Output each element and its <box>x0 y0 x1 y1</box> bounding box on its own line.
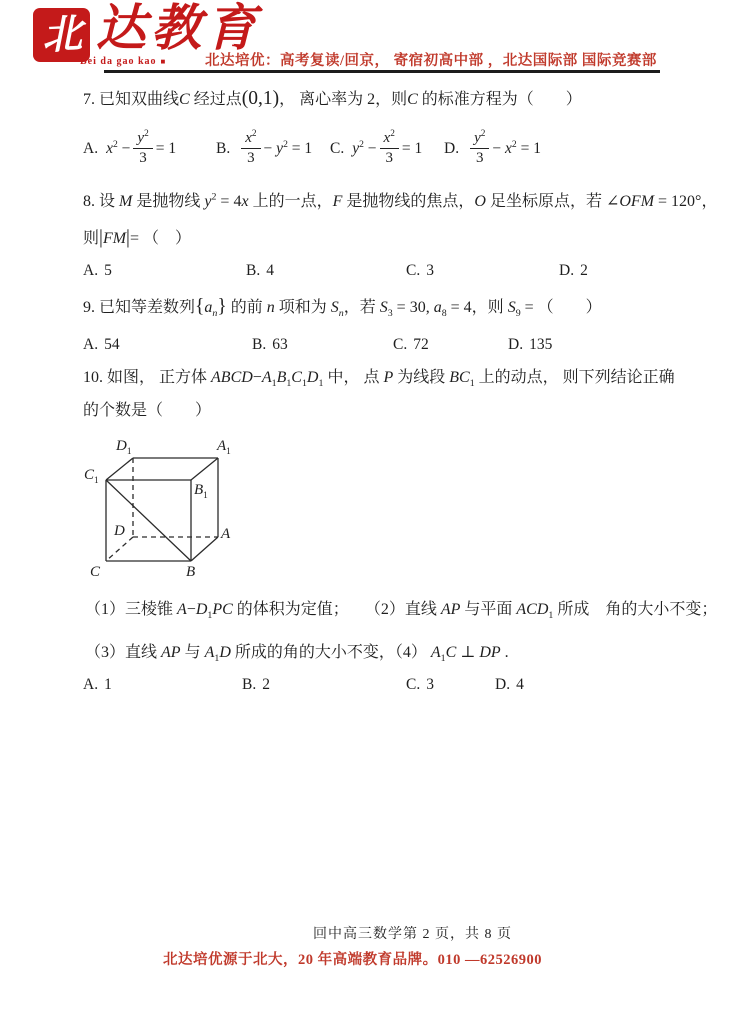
q10-option-d: D.4 <box>495 676 524 694</box>
fraction: y2 3 <box>470 130 489 168</box>
q8-option-a: A.5 <box>83 262 112 280</box>
option-tail: − x2 = 1 <box>492 140 541 158</box>
fraction-denominator: 3 <box>385 149 393 167</box>
q9-option-c: C.72 <box>393 336 429 354</box>
vertex-label-b: B <box>186 564 195 581</box>
q7-option-b: B. x2 3 − y2 = 1 <box>216 130 312 168</box>
exam-page: 北 达教育 Bei da gao kao ■ 北达培优：高考复读/回京， 寄宿初… <box>0 0 731 1024</box>
q10-option-c: C.3 <box>406 676 434 694</box>
option-label: A. <box>83 140 98 158</box>
q10-statements-line1: （1）三棱锥 A−D1PC 的体积为定值； （2）直线 AP 与平面 ACD1 … <box>85 598 717 622</box>
fraction-numerator: y2 <box>133 130 152 149</box>
vertex-label-d1: D1 <box>116 438 132 455</box>
q8-option-d: D.2 <box>559 262 588 280</box>
question-9-stem: 9. 已知等差数列{an} 的前 n 项和为 Sn，若 S3 = 30, a8 … <box>83 296 602 320</box>
q10-option-b: B.2 <box>242 676 270 694</box>
fraction-numerator: x2 <box>380 130 399 149</box>
fraction-numerator: y2 <box>470 130 489 149</box>
vertex-label-b1: B1 <box>194 482 208 499</box>
option-lead: y2 − <box>352 140 376 158</box>
q8-option-b: B.4 <box>246 262 274 280</box>
brand-name: 达教育 <box>96 0 261 56</box>
option-label: D. <box>444 140 459 158</box>
vertex-label-c1: C1 <box>84 467 99 484</box>
brand-romanized-text: Bei da gao kao <box>80 56 157 67</box>
footer-slogan: 北达培优源于北大，20 年高端教育品牌。010 —62526900 <box>163 948 542 969</box>
option-tail: = 1 <box>402 140 422 158</box>
q7-option-d: D. y2 3 − x2 = 1 <box>444 130 541 168</box>
option-tail: − y2 = 1 <box>264 140 313 158</box>
question-10-line1: 10. 如图， 正方体 ABCD−A1B1C1D1 中， 点 P 为线段 BC1… <box>83 366 675 390</box>
fraction: y2 3 <box>133 130 152 168</box>
brand-romanized: Bei da gao kao ■ <box>80 56 166 67</box>
brand-seal-logo: 北 <box>33 8 90 62</box>
q7-option-c: C. y2 − x2 3 = 1 <box>330 130 422 168</box>
option-label: C. <box>330 140 344 158</box>
seal-character: 北 <box>40 14 82 56</box>
q9-option-d: D.135 <box>508 336 552 354</box>
vertex-label-d: D <box>114 523 125 540</box>
fraction-denominator: 3 <box>139 149 147 167</box>
q9-option-a: A.54 <box>83 336 120 354</box>
fraction-numerator: x2 <box>241 130 260 149</box>
fraction: x2 3 <box>241 130 260 168</box>
q9-option-b: B.63 <box>252 336 288 354</box>
question-8-line1: 8. 设 M 是抛物线 y2 = 4x 上的一点，F 是抛物线的焦点，O 足坐标… <box>83 190 717 214</box>
fraction: x2 3 <box>380 130 399 168</box>
fraction-denominator: 3 <box>476 149 484 167</box>
option-label: B. <box>216 140 230 158</box>
q8-option-c: C.3 <box>406 262 434 280</box>
q10-option-a: A.1 <box>83 676 112 694</box>
footer-page-number: 回中高三数学第 2 页，共 8 页 <box>313 923 512 943</box>
cube-figure: D1 A1 C1 B1 D A C B <box>86 430 251 595</box>
fraction-denominator: 3 <box>247 149 255 167</box>
vertex-label-a: A <box>221 526 230 543</box>
header-tagline: 北达培优：高考复读/回京， 寄宿初高中部 ，北达国际部 国际竞赛部 <box>205 49 657 70</box>
header-divider <box>104 70 660 73</box>
question-7-stem: 7. 已知双曲线C 经过点(0,1)， 离心率为 2，则C 的标准方程为（ ） <box>83 88 582 112</box>
vertex-label-c: C <box>90 564 100 581</box>
question-8-line2: 则|FM|= （ ） <box>83 227 191 251</box>
vertex-label-a1: A1 <box>217 438 231 455</box>
red-square-icon: ■ <box>161 58 167 66</box>
q7-option-a: A. x2 − y2 3 = 1 <box>83 130 176 168</box>
q10-statements-line2: （3）直线 AP 与 A1D 所成的角的大小不变，（4） A1C ⊥ DP . <box>85 641 509 665</box>
option-lead: x2 − <box>106 140 130 158</box>
question-10-line2: 的个数是（ ） <box>83 399 211 423</box>
option-tail: = 1 <box>156 140 176 158</box>
